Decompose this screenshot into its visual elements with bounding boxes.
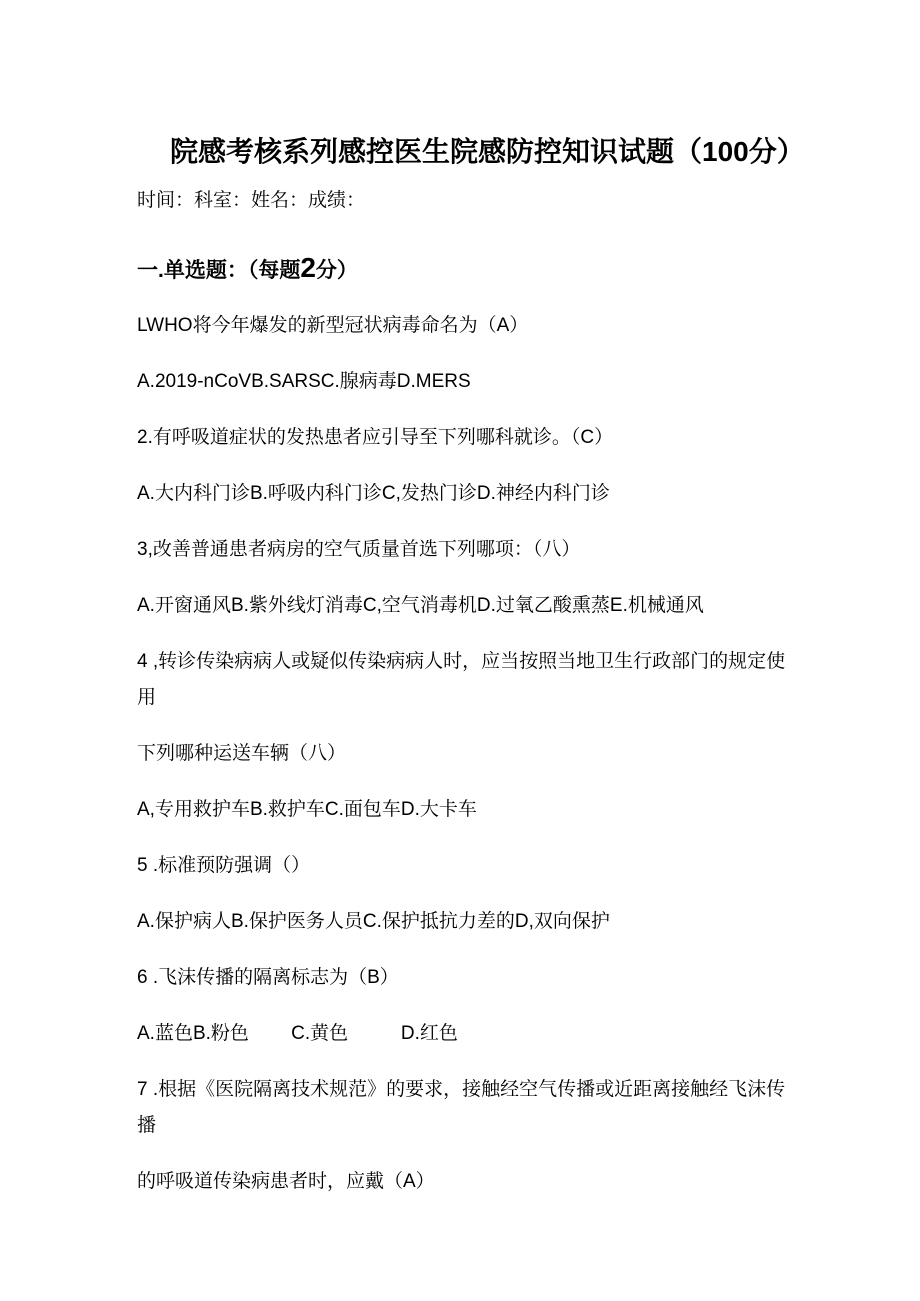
question-list: LWHO将今年爆发的新型冠状病毒命名为（A） A.2019-nCoVB.SARS… — [137, 308, 783, 1200]
question-1-stem: LWHO将今年爆发的新型冠状病毒命名为（A） — [137, 308, 783, 344]
question-5-options: A.保护病人B.保护医务人员C.保护抵抗力差的D,双向保护 — [137, 904, 783, 940]
question-5-stem: 5 .标准预防强调（） — [137, 848, 783, 884]
question-3-stem: 3,改善普通患者病房的空气质量首选下列哪项：（八） — [137, 532, 783, 568]
exam-document-page: 院感考核系列感控医生院感防控知识试题（100分） 时间：科室：姓名：成绩： 一.… — [0, 0, 920, 1301]
question-2-stem: 2.有呼吸道症状的发热患者应引导至下列哪科就诊。（C） — [137, 420, 783, 456]
question-line: A.保护病人B.保护医务人员C.保护抵抗力差的D,双向保护 — [137, 904, 783, 940]
question-7-stem-continued: 的呼吸道传染病患者时，应戴（A） — [137, 1164, 783, 1200]
question-line: 下列哪种运送车辆（八） — [137, 736, 783, 772]
question-line: 6 .飞沫传播的隔离标志为（B） — [137, 960, 783, 996]
question-line: LWHO将今年爆发的新型冠状病毒命名为（A） — [137, 308, 783, 344]
question-line: 的呼吸道传染病患者时，应戴（A） — [137, 1164, 783, 1200]
question-4-options: A,专用救护车B.救护车C.面包车D.大卡车 — [137, 792, 783, 828]
question-6-stem: 6 .飞沫传播的隔离标志为（B） — [137, 960, 783, 996]
question-line-wrapped: 播 — [137, 1108, 783, 1144]
question-line: A.开窗通风B.紫外线灯消毒C,空气消毒机D.过氧乙酸熏蒸E.机械通风 — [137, 588, 783, 624]
question-line: 7 .根据《医院隔离技术规范》的要求，接触经空气传播或近距离接触经飞沫传 — [137, 1072, 783, 1108]
question-line: A.2019-nCoVB.SARSC.腺病毒D.MERS — [137, 364, 783, 400]
question-line: 5 .标准预防强调（） — [137, 848, 783, 884]
question-line-wrapped: 用 — [137, 680, 783, 716]
section-heading-points-number: 2 — [300, 252, 316, 283]
section-heading-prefix: 一.单选题：（每题 — [137, 259, 300, 282]
question-4-stem-continued: 下列哪种运送车辆（八） — [137, 736, 783, 772]
question-line: A.蓝色B.粉色 C.黄色 D.红色 — [137, 1016, 783, 1052]
section-heading: 一.单选题：（每题2分） — [137, 248, 783, 291]
question-2-options: A.大内科门诊B.呼吸内科门诊C,发热门诊D.神经内科门诊 — [137, 476, 783, 512]
question-line: A.大内科门诊B.呼吸内科门诊C,发热门诊D.神经内科门诊 — [137, 476, 783, 512]
question-line: 3,改善普通患者病房的空气质量首选下列哪项：（八） — [137, 532, 783, 568]
exam-meta-line: 时间：科室：姓名：成绩： — [137, 185, 783, 217]
question-7-stem: 7 .根据《医院隔离技术规范》的要求，接触经空气传播或近距离接触经飞沫传 播 — [137, 1072, 783, 1144]
question-6-options: A.蓝色B.粉色 C.黄色 D.红色 — [137, 1016, 783, 1052]
page-title: 院感考核系列感控医生院感防控知识试题（100分） — [170, 131, 783, 173]
section-heading-suffix: 分） — [316, 259, 358, 282]
question-1-options: A.2019-nCoVB.SARSC.腺病毒D.MERS — [137, 364, 783, 400]
question-4-stem: 4 ,转诊传染病病人或疑似传染病病人时，应当按照当地卫生行政部门的规定使 用 — [137, 644, 783, 716]
question-line: 4 ,转诊传染病病人或疑似传染病病人时，应当按照当地卫生行政部门的规定使 — [137, 644, 783, 680]
question-line: 2.有呼吸道症状的发热患者应引导至下列哪科就诊。（C） — [137, 420, 783, 456]
question-line: A,专用救护车B.救护车C.面包车D.大卡车 — [137, 792, 783, 828]
question-3-options: A.开窗通风B.紫外线灯消毒C,空气消毒机D.过氧乙酸熏蒸E.机械通风 — [137, 588, 783, 624]
